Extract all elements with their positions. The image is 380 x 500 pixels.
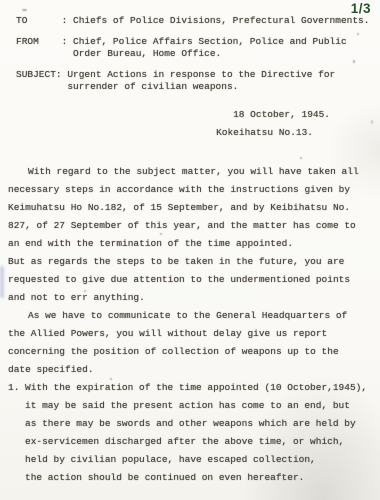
paragraph: As we have to communicate to the General… bbox=[8, 307, 376, 379]
dateline: 18 October, 1945. Kokeihatsu No.13. bbox=[0, 106, 380, 142]
scan-speck bbox=[110, 378, 112, 380]
scan-speck bbox=[84, 290, 86, 292]
scan-speck bbox=[371, 120, 373, 124]
from-label: FROM : bbox=[16, 36, 73, 60]
memo-subject-row: SUBJECT: Urgent Actions in response to t… bbox=[16, 69, 376, 93]
memo-body: With regard to the subject matter, you w… bbox=[8, 163, 376, 487]
scan-speck bbox=[353, 60, 355, 63]
scan-speck bbox=[357, 33, 359, 35]
scan-speck bbox=[330, 262, 332, 264]
page-number-annotation: 1/3 bbox=[351, 1, 371, 16]
memo-from-row: FROM : Chief, Police Affairs Section, Po… bbox=[16, 36, 376, 60]
memo-header: TO : Chiefs of Police Divisions, Prefect… bbox=[16, 15, 376, 93]
reference-number: Kokeihatsu No.13. bbox=[0, 124, 380, 142]
scan-speck bbox=[160, 233, 162, 235]
paragraph: With regard to the subject matter, you w… bbox=[8, 163, 376, 253]
document-date: 18 October, 1945. bbox=[0, 106, 380, 124]
from-value: Chief, Police Affairs Section, Police an… bbox=[73, 36, 376, 60]
scan-speck bbox=[22, 9, 27, 11]
subject-label: SUBJECT: bbox=[16, 69, 67, 93]
scan-speck bbox=[300, 157, 302, 159]
scanned-document-page: 1/3 TO : Chiefs of Police Divisions, Pre… bbox=[0, 0, 380, 500]
memo-to-row: TO : Chiefs of Police Divisions, Prefect… bbox=[16, 15, 376, 27]
item-number: 1. bbox=[8, 379, 25, 487]
numbered-item-1: 1. With the expiration of the time appoi… bbox=[8, 379, 376, 487]
paragraph: But as regards the steps to be taken in … bbox=[8, 253, 376, 307]
item-text: With the expiration of the time appointe… bbox=[25, 379, 376, 487]
to-value: Chiefs of Police Divisions, Prefectural … bbox=[73, 15, 376, 27]
subject-value: Urgent Actions in response to the Direct… bbox=[67, 69, 376, 93]
blue-pen-mark bbox=[0, 266, 4, 298]
to-label: TO : bbox=[16, 15, 73, 27]
